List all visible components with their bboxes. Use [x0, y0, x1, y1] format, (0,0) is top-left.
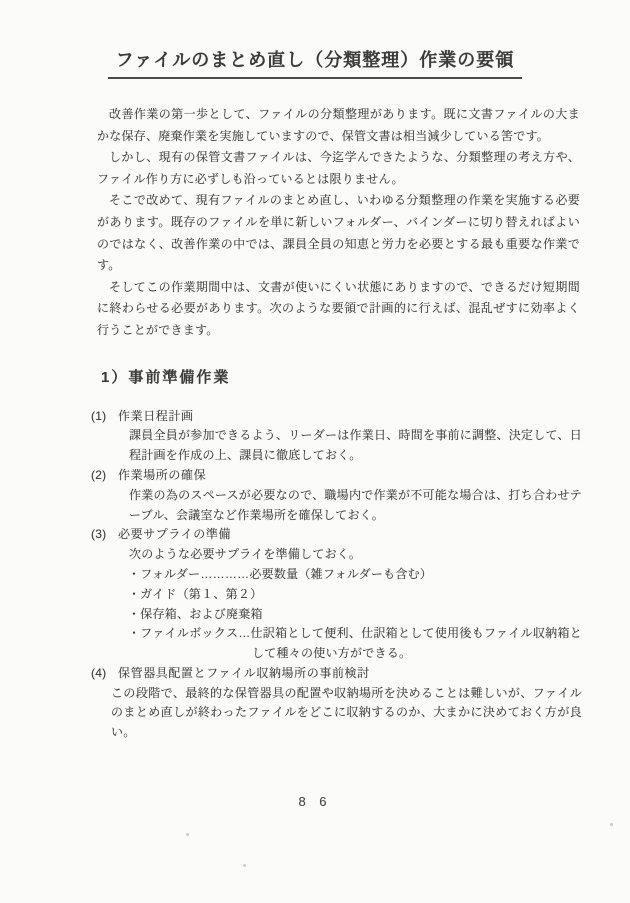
list-item-head: (1) 作業日程計画	[91, 407, 582, 427]
page-title: ファイルのまとめ直し（分類整理）作業の要領	[108, 46, 523, 79]
item-title: 作業場所の確保	[118, 466, 206, 486]
page-number: 8 6	[0, 794, 630, 809]
item-body: 課員全員が参加できるよう、リーダーは作業日、時間を事前に調整、決定して、日程計画…	[129, 426, 582, 466]
supply-list: ・フォルダー…………必要数量（雑フォルダーも含む） ・ガイド（第１、第２） ・保…	[128, 565, 582, 664]
scanned-document-page: ファイルのまとめ直し（分類整理）作業の要領 改善作業の第一歩として、ファイルの分…	[0, 0, 630, 903]
supply-item: ・フォルダー…………必要数量（雑フォルダーも含む）	[128, 565, 582, 585]
list-item-head: (3) 必要サプライの準備	[91, 525, 582, 545]
item-number: (1)	[91, 407, 118, 427]
item-number: (4)	[91, 664, 118, 684]
item-title: 保管器具配置とファイル収納場所の事前検討	[118, 664, 370, 684]
intro-paragraph-4: そしてこの作業期間中は、文書が使いにくい状態にありますので、できるだけ短期間に終…	[97, 277, 580, 342]
supply-item: ・ファイルボックス…仕訳箱として便利、仕訳箱として使用後もファイル収納箱として種…	[128, 624, 582, 664]
scan-speck	[243, 864, 246, 867]
item-number: (2)	[91, 466, 118, 486]
list-item: (1) 作業日程計画 課員全員が参加できるよう、リーダーは作業日、時間を事前に調…	[91, 407, 582, 466]
item-body: 作業の為のスペースが必要なので、職場内で作業が不可能な場合は、打ち合わせテーブル…	[129, 486, 582, 526]
intro-paragraph-2: しかし、現有の保管文書ファイルは、今迄学んできたような、分類整理の考え方や、ファ…	[97, 147, 580, 190]
intro-paragraph-1: 改善作業の第一歩として、ファイルの分類整理があります。既に文書ファイルの大まかな…	[97, 104, 580, 147]
list-item-head: (4) 保管器具配置とファイル収納場所の事前検討	[91, 664, 582, 684]
title-area: ファイルのまとめ直し（分類整理）作業の要領	[0, 0, 630, 79]
list-item: (2) 作業場所の確保 作業の為のスペースが必要なので、職場内で作業が不可能な場…	[91, 466, 582, 525]
item-title: 必要サプライの準備	[118, 525, 231, 545]
intro-paragraph-3: そこで改めて、現有ファイルのまとめ直し、いわゆる分類整理の作業を実施する必要があ…	[97, 190, 580, 276]
scan-speck	[186, 833, 189, 836]
item-title: 作業日程計画	[118, 407, 194, 427]
list-item-head: (2) 作業場所の確保	[91, 466, 582, 486]
list-item: (4) 保管器具配置とファイル収納場所の事前検討 この段階で、最終的な保管器具の…	[91, 664, 582, 743]
item-body: 次のような必要サプライを準備しておく。	[129, 545, 582, 565]
section-heading: 1）事前準備作業	[101, 366, 630, 387]
supply-item: ・保存箱、および廃棄箱	[128, 605, 582, 625]
scan-speck	[610, 823, 613, 826]
supply-item: ・ガイド（第１、第２）	[128, 585, 582, 605]
item-number: (3)	[91, 525, 118, 545]
list-item: (3) 必要サプライの準備 次のような必要サプライを準備しておく。 ・フォルダー…	[91, 525, 582, 664]
numbered-list: (1) 作業日程計画 課員全員が参加できるよう、リーダーは作業日、時間を事前に調…	[91, 407, 582, 744]
item-body: この段階で、最終的な保管器具の配置や収納場所を決めることは難しいが、ファイルのま…	[111, 684, 582, 743]
intro-paragraphs: 改善作業の第一歩として、ファイルの分類整理があります。既に文書ファイルの大まかな…	[97, 104, 580, 342]
